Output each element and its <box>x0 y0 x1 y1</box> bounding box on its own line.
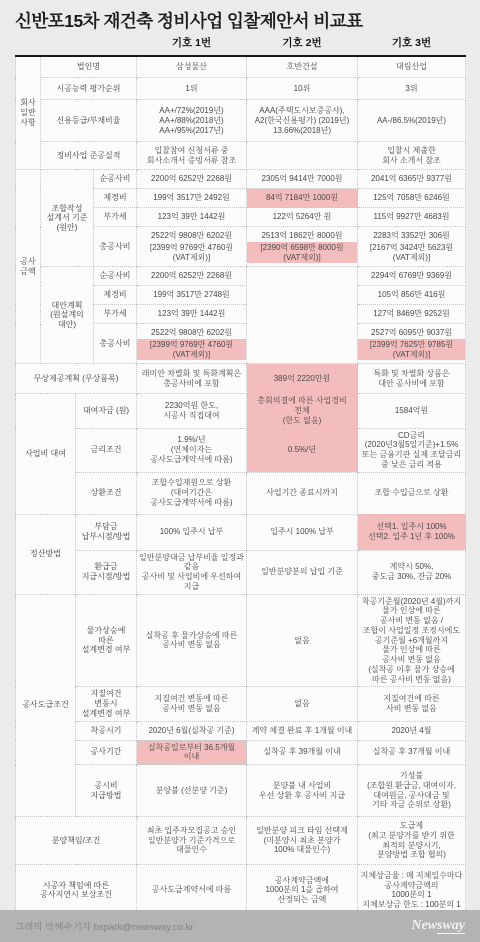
cell-value: 2527억 6095만 9037원[2399억 7625만 9785원(VAT제… <box>358 324 466 364</box>
cell-value: AA+/72%(2019년)AA+/88%(2018년)AA+/95%(2017… <box>137 100 247 142</box>
row-label: 공시비지급방법 <box>76 765 137 817</box>
row-label: 총공사비 <box>94 227 137 267</box>
cell-value: AA-/86.5%(2019년) <box>358 100 466 142</box>
cell-value: 2020년 6월(실착공 기준) <box>137 721 247 740</box>
row-label: 공사기간 <box>76 740 137 765</box>
row-label: 시공능력 평가순위 <box>41 78 137 100</box>
cell-value: 입찰시 제출한회사 소개서 참조 <box>358 142 466 170</box>
cell-value: 특화 및 차별화 상품은대안 공사비에 포함 <box>358 364 466 394</box>
newsway-logo-suffix: sway <box>437 918 465 934</box>
cell-value: 조합 수입금으로 상환 <box>358 472 466 514</box>
cell-value: 최초 입주자모집공고 승인일반분양가 기준가격으로대물인수 <box>137 817 247 865</box>
row-label: 상환조건 <box>76 472 137 514</box>
cell-value: 115억 9927만 4683원 <box>358 208 466 227</box>
group-label: 사업비 대여 <box>16 394 76 514</box>
cell-value: 2283억 3352만 306원[2167억 3424만 5623원(VAT제외… <box>358 227 466 267</box>
cell-value: 3위 <box>358 78 466 100</box>
cell-value-highlighted: [2399억 9769만 4760원(VAT제외)] <box>137 339 246 361</box>
row-label: 물가상승에 따른설계변경 여부 <box>76 594 137 687</box>
cell-value-part: 2513억 1862만 8000원 <box>247 230 357 242</box>
cell-value: 10위 <box>247 78 358 100</box>
cell-value: AAA(주택도시보증공사),A2(한국신용평가) (2019년)13.66%(2… <box>247 100 358 142</box>
row-label: 정비사업 준공실적 <box>41 142 137 170</box>
cell-value-part: 2527억 6095만 9037원 <box>358 327 465 339</box>
newsway-logo-prefix: New <box>411 918 437 933</box>
cell-value: 호반건설 <box>247 56 358 78</box>
corner-cell <box>16 33 137 56</box>
row-label: 분양책임/조건 <box>16 817 137 865</box>
row-label: 순공사비 <box>94 267 137 286</box>
cell-value: 2230억원 한도,시공사 직접대여 <box>137 394 247 428</box>
row-label: 부가세 <box>94 208 137 227</box>
cell-value: 2513억 1862만 8000원[2390억 6598만 8000원(VAT제… <box>247 227 358 267</box>
cell-value-part: [2167억 3424만 5623원(VAT제외)] <box>358 242 465 264</box>
cell-value: 일반분양분의 납입 기준 <box>247 550 358 594</box>
column-header: 기호 3번 <box>358 33 466 56</box>
row-label: 조합작성설계서 기준(원안) <box>41 170 94 267</box>
row-label: 제경비 <box>94 286 137 305</box>
group-label: 공사금액 <box>16 170 41 364</box>
footer-bar: 그래픽 박혜수기자 hspark@newsway.co.kr Newsway <box>0 910 480 942</box>
cell-value: 조합수입재원으로 상환(대여기간은공사도급계약서에 따름) <box>137 472 247 514</box>
cell-value-part: 2283억 3352만 306원 <box>358 230 465 242</box>
group-label: 정산방법 <box>16 514 76 594</box>
cell-value: 실착공일로부터 36.5개월 이내 <box>137 740 247 765</box>
cell-value: 105억 856만 416원 <box>358 286 466 305</box>
row-label: 부담금납부시점/방법 <box>76 514 137 550</box>
cell-value: 0.5%/년 <box>247 428 358 472</box>
column-header: 기호 2번 <box>247 33 358 56</box>
cell-value: 공사도급계약서에 따름 <box>137 865 247 917</box>
row-label: 부가세 <box>94 305 137 324</box>
cell-value: 삼성물산 <box>137 56 247 78</box>
cell-value: 계약시 50%,중도금 30%, 잔금 20% <box>358 550 466 594</box>
cell-value: 일반분양 피크 타임 선택제(미분양시 최초 분양가100% 대물인수) <box>247 817 358 865</box>
cell-value-part: 2522억 9808만 6202원 <box>137 327 246 339</box>
cell-value: 실착공 후 37개월 이내 <box>358 740 466 765</box>
cell-value: 2020년 4월 <box>358 721 466 740</box>
cell-value: 2305억 9414만 7000원 <box>247 170 358 189</box>
cell-value-highlighted: [2399억 7625만 9785원(VAT제외)] <box>358 339 465 361</box>
cell-value: 389억 2220만원 <box>247 364 358 394</box>
row-label: 환급금지급시점/방법 <box>76 550 137 594</box>
cell-value: 1584억원 <box>358 394 466 428</box>
cell-value: 1.9%/년(연체이자는공사도급계약서에 따름) <box>137 428 247 472</box>
cell-value: 분양불 (선분양 기준) <box>137 765 247 817</box>
row-label: 금리조건 <box>76 428 137 472</box>
cell-value: 123억 39만 1442원 <box>137 208 247 227</box>
row-label: 대여자금 (원) <box>76 394 137 428</box>
row-label: 제경비 <box>94 189 137 208</box>
cell-value: 122억 5264만 원 <box>247 208 358 227</box>
cell-value: 199억 3517만 2492원 <box>137 189 247 208</box>
row-label: 법인명 <box>41 56 137 78</box>
comparison-table: 기호 1번기호 2번기호 3번회사일반사항법인명삼성물산호반건설대림산업시공능력… <box>15 33 466 918</box>
row-label: 신용등급/부채비율 <box>41 100 137 142</box>
cell-value: 84억 7184만 1000원 <box>247 189 358 208</box>
cell-value: 사업기간 종료시까지 <box>247 472 358 514</box>
cell-value: 래미안 차별화 및 특화계획은총공사비에 포함 <box>137 364 247 394</box>
row-label: 무상제공계획 (무상품목) <box>16 364 137 394</box>
cell-value: 대림산업 <box>358 56 466 78</box>
cell-value: 지질여건 변동에 따른공사비 변동 없음 <box>137 687 247 721</box>
cell-value: 100% 입주시 납부 <box>137 514 247 550</box>
cell-value-part: [2399억 9769만 4760원(VAT제외)] <box>137 242 246 264</box>
cell-value: 2200억 6252만 2268원 <box>137 170 247 189</box>
cell-value: 없음 <box>247 594 358 687</box>
cell-value: 분양불 내 사업비우선 상환 후 공사비 지급 <box>247 765 358 817</box>
newsway-logo: Newsway <box>411 918 465 934</box>
row-label: 대안계획(원설계의대안) <box>41 267 94 364</box>
cell-value-highlighted: [2390억 6598만 8000원(VAT제외)] <box>247 242 357 264</box>
row-label: 총공사비 <box>94 324 137 364</box>
cell-value: 도급제(최고 분양가를 받기 위한최적의 분양시기,분양방법 조합 협의) <box>358 817 466 865</box>
cell-value: 실착공 후 39개월 이내 <box>247 740 358 765</box>
cell-value: 입주시 100% 납부 <box>247 514 358 550</box>
cell-value: 입찰참여 신청서류 중회사소개서 증빙서류 참조 <box>137 142 247 170</box>
cell-value-part: 2522억 9808만 6202원 <box>137 230 246 242</box>
cell-value: 2522억 9808만 6202원[2399억 9769만 4760원(VAT제… <box>137 227 247 267</box>
cell-value: 총회의결에 따른 사업경비 전체(한도 없음) <box>247 394 358 428</box>
cell-value: 2041억 6365만 9377원 <box>358 170 466 189</box>
row-label: 착공시기 <box>76 721 137 740</box>
cell-value: 123억 39만 1442원 <box>137 305 247 324</box>
row-label: 순공사비 <box>94 170 137 189</box>
row-label: 시공자 책임에 따른공사지연시 보상조건 <box>16 865 137 917</box>
cell-value: 일반분양대금 납부비율 일정과 같음공사비 및 사업비에 우선하여 지급 <box>137 550 247 594</box>
cell-value: 127억 8469만 9252원 <box>358 305 466 324</box>
page-title: 신반포15차 재건축 정비사업 입찰제안서 비교표 <box>15 8 465 33</box>
cell-value: 공사계약금액에1000분의 1을 곱하여산정되는 금액 <box>247 865 358 917</box>
cell-value: 선택1. 입주시 100%선택2. 입주 1년 후 100% <box>358 514 466 550</box>
cell-value: 2522억 9808만 6202원[2399억 9769만 4760원(VAT제… <box>137 324 247 364</box>
cell-value: 125억 7058만 6246원 <box>358 189 466 208</box>
footer-credit: 그래픽 박혜수기자 hspark@newsway.co.kr <box>15 919 193 933</box>
group-label: 회사일반사항 <box>16 56 41 170</box>
cell-value: 기성불(조합원 환급금, 대여이자,대여원금, 공사대금 및기타 자금 순위로 … <box>358 765 466 817</box>
cell-value: 실착공 후 물가상승에 따른공사비 변동 없음 <box>137 594 247 687</box>
cell-value: 지질여건에 따른사비 변동 없음 <box>358 687 466 721</box>
cell-value: CD금리(2020년3월5일기준)+1.5%또는 금융기관 실제 조달금리중 낮… <box>358 428 466 472</box>
cell-value: 2294억 6769만 9369원 <box>358 267 466 286</box>
cell-value: 2200억 6252만 2268원 <box>137 267 247 286</box>
row-label: 지질여건 변동시설계변경 여부 <box>76 687 137 721</box>
group-label: 공사도급조건 <box>16 594 76 817</box>
cell-value <box>247 267 358 364</box>
cell-value: 199억 3517만 2748원 <box>137 286 247 305</box>
cell-value: 지체상금율 : 매 지체일수마다공사계약금액의1000분의 1지체보상금 한도 … <box>358 865 466 917</box>
cell-value: 계약 체결 완료 후 1개월 이내 <box>247 721 358 740</box>
comparison-table-body: 기호 1번기호 2번기호 3번회사일반사항법인명삼성물산호반건설대림산업시공능력… <box>16 33 466 917</box>
column-header: 기호 1번 <box>137 33 247 56</box>
cell-value <box>247 142 358 170</box>
cell-value: 1위 <box>137 78 247 100</box>
cell-value: 착공기준월(2020년 4월)까지물가 인상에 따른공사비 변동 없음 /조합이… <box>358 594 466 687</box>
cell-value: 없음 <box>247 687 358 721</box>
